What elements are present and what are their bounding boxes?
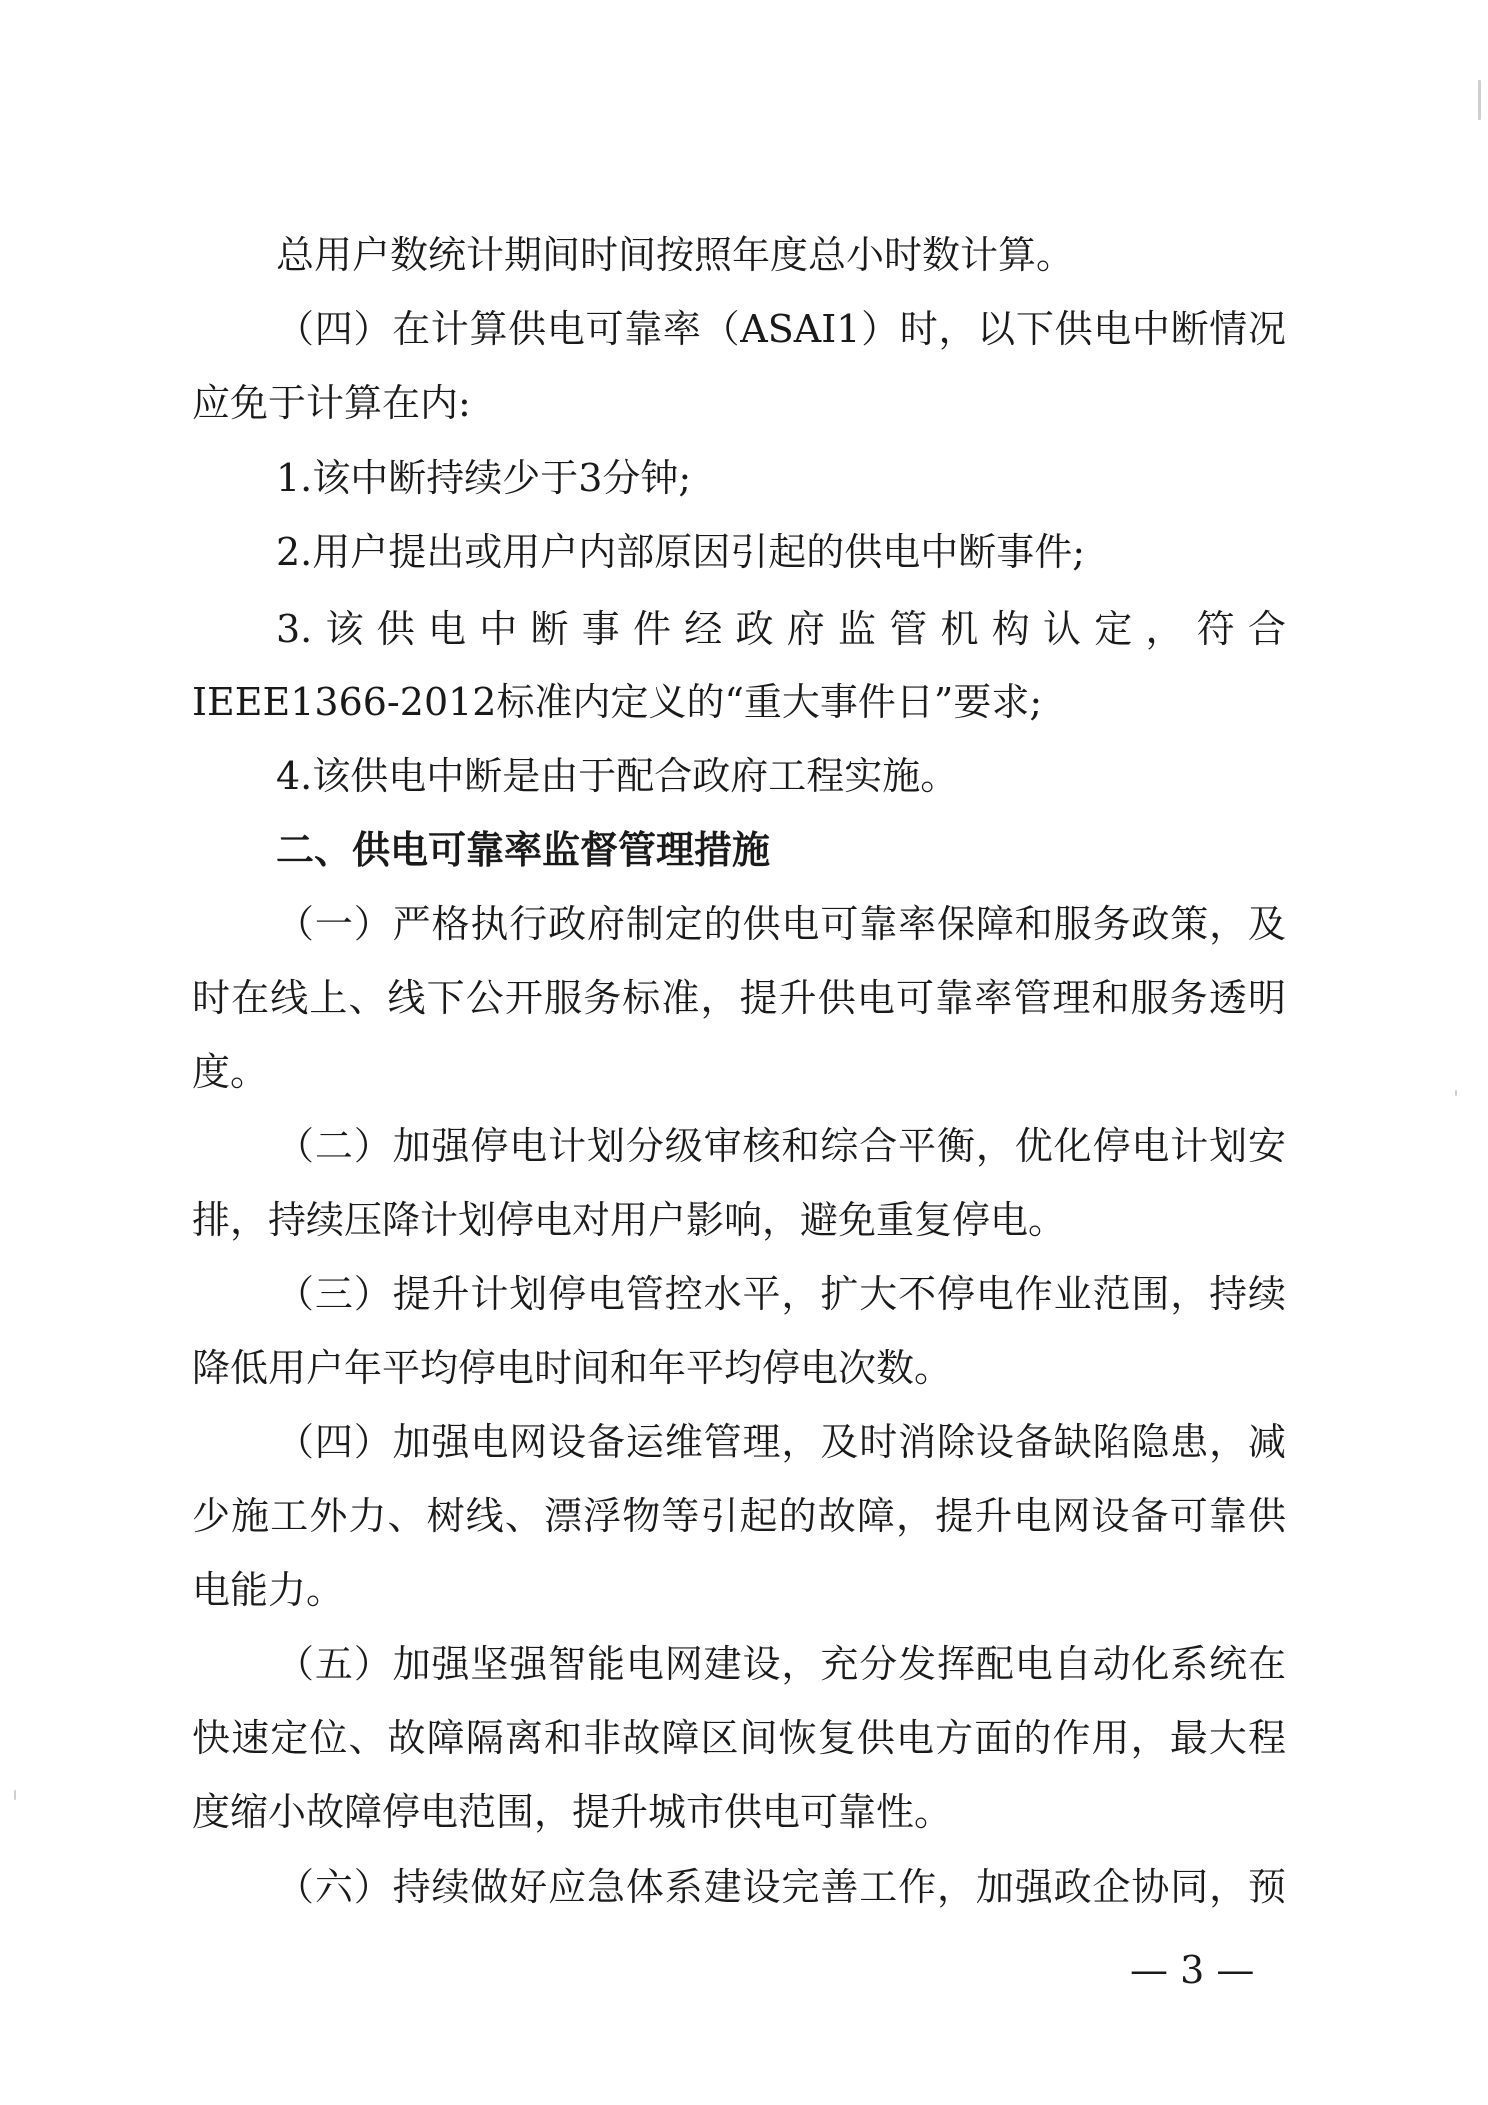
list-item: 1.该中断持续少于3分钟; (276, 448, 1286, 508)
paragraph-line: 时在线上、线下公开服务标准，提升供电可靠率管理和服务透明 (192, 968, 1286, 1028)
scan-artifact (1478, 80, 1481, 120)
text-line: IEEE1366-2012标准内定义的“重大事件日”要求; (192, 672, 1286, 732)
paragraph-line: 少施工外力、树线、漂浮物等引起的故障，提升电网设备可靠供 (192, 1486, 1286, 1546)
paragraph-line: （六）持续做好应急体系建设完善工作，加强政企协同，预 (276, 1857, 1286, 1917)
scan-artifact (1455, 1090, 1457, 1096)
paragraph-line: 度。 (192, 1042, 1286, 1102)
paragraph-line: （四）加强电网设备运维管理，及时消除设备缺陷隐患，减 (276, 1412, 1286, 1472)
paragraph-line: 快速定位、故障隔离和非故障区间恢复供电方面的作用，最大程 (192, 1708, 1286, 1768)
list-item: 3.该供电中断事件经政府监管机构认定，符合 (276, 599, 1286, 659)
page-number: — 3 — (1130, 1940, 1254, 2000)
paragraph-line: （一）严格执行政府制定的供电可靠率保障和服务政策，及 (276, 894, 1286, 954)
list-item: 2.用户提出或用户内部原因引起的供电中断事件; (276, 522, 1286, 582)
list-item: 4.该供电中断是由于配合政府工程实施。 (276, 746, 1286, 806)
paragraph-line: 电能力。 (192, 1560, 1286, 1620)
text-line: 总用户数统计期间时间按照年度总小时数计算。 (276, 225, 1286, 285)
section-heading: 二、供电可靠率监督管理措施 (276, 820, 1286, 880)
paragraph-line: （二）加强停电计划分级审核和综合平衡，优化停电计划安 (276, 1116, 1286, 1176)
paragraph-line: （三）提升计划停电管控水平，扩大不停电作业范围，持续 (276, 1264, 1286, 1324)
text-line: （四）在计算供电可靠率（ASAI1）时，以下供电中断情况 (276, 299, 1286, 359)
paragraph-line: 度缩小故障停电范围，提升城市供电可靠性。 (192, 1782, 1286, 1842)
paragraph-line: （五）加强坚强智能电网建设，充分发挥配电自动化系统在 (276, 1634, 1286, 1694)
paragraph-line: 降低用户年平均停电时间和年平均停电次数。 (192, 1338, 1286, 1398)
text-line: 应免于计算在内: (192, 373, 1286, 433)
scan-artifact (14, 1790, 16, 1800)
paragraph-line: 排，持续压降计划停电对用户影响，避免重复停电。 (192, 1190, 1286, 1250)
